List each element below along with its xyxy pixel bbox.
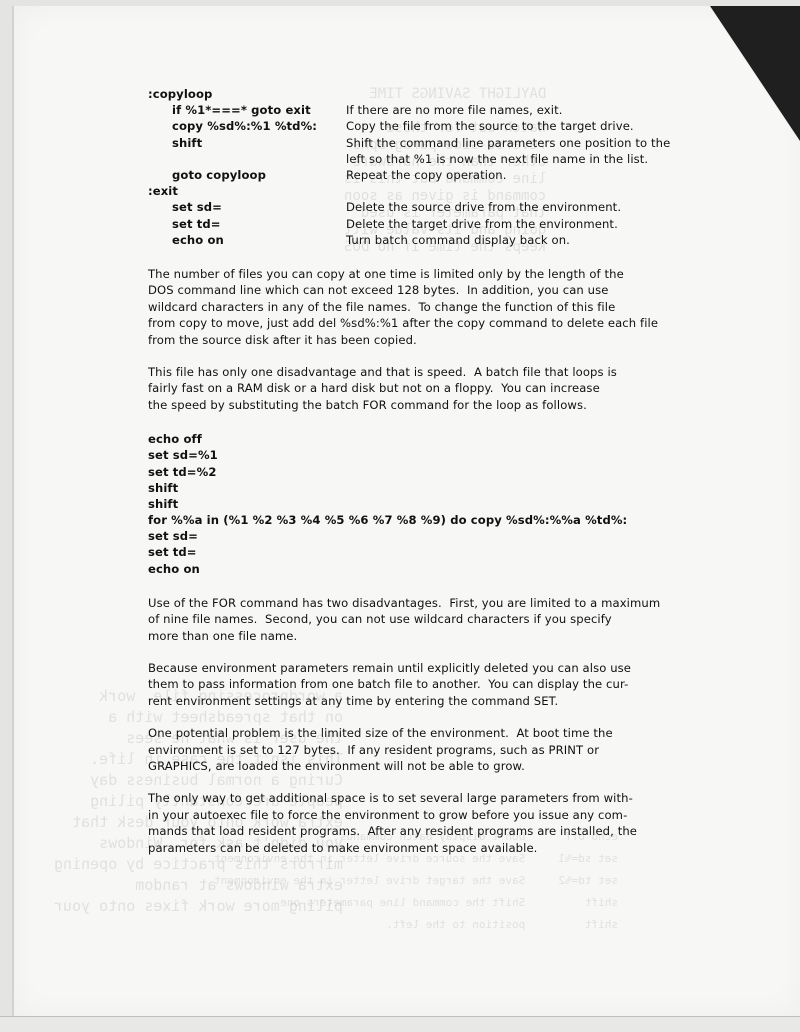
paragraph-line: The number of files you can copy at one … xyxy=(148,266,778,282)
label-line: :exit xyxy=(148,183,778,199)
command-description: If there are no more file names, exit. xyxy=(346,102,563,118)
batch-label: :copyloop xyxy=(148,86,212,102)
command-description: Shift the command line parameters one po… xyxy=(346,135,670,151)
code-line: if %1*===* goto exit If there are no mor… xyxy=(148,102,778,118)
paragraph-line: environment is set to 127 bytes. If any … xyxy=(148,742,778,758)
command-description: left so that %1 is now the next file nam… xyxy=(346,151,648,167)
code-line: shift xyxy=(148,496,778,512)
code-line: set sd= xyxy=(148,528,778,544)
paragraph-line: from copy to move, just add del %sd%:%1 … xyxy=(148,315,778,331)
paragraph-line: fairly fast on a RAM disk or a hard disk… xyxy=(148,380,778,396)
batch-command: echo on xyxy=(148,232,346,248)
paragraph-line: mands that load resident programs. After… xyxy=(148,823,778,839)
paragraph-line: from the source disk after it has been c… xyxy=(148,332,778,348)
document-body: :copyloop if %1*===* goto exit If there … xyxy=(148,86,778,856)
paragraph: Because environment parameters remain un… xyxy=(148,660,778,709)
code-line: shift xyxy=(148,480,778,496)
batch-command: set td= xyxy=(148,216,346,232)
paragraph-line: Because environment parameters remain un… xyxy=(148,660,778,676)
batch-command: set sd= xyxy=(148,199,346,215)
code-line: copy %sd%:%1 %td%: Copy the file from th… xyxy=(148,118,778,134)
page-bottom-edge xyxy=(0,1016,800,1032)
code-line: set td= xyxy=(148,544,778,560)
command-description: Delete the target drive from the environ… xyxy=(346,216,618,232)
command-description: Copy the file from the source to the tar… xyxy=(346,118,634,134)
paragraph-line: The only way to get additional space is … xyxy=(148,790,778,806)
batch-command: copy %sd%:%1 %td%: xyxy=(148,118,346,134)
code-line: for %%a in (%1 %2 %3 %4 %5 %6 %7 %8 %9) … xyxy=(148,512,778,528)
code-line: left so that %1 is now the next file nam… xyxy=(148,151,778,167)
batch-command xyxy=(148,151,346,167)
for-batch-listing: echo off set sd=%1 set td=%2 shift shift… xyxy=(148,431,778,577)
paragraph-line: the speed by substituting the batch FOR … xyxy=(148,397,778,413)
paragraph-line: rent environment settings at any time by… xyxy=(148,693,778,709)
command-description: Delete the source drive from the environ… xyxy=(346,199,621,215)
code-line: goto copyloop Repeat the copy operation. xyxy=(148,167,778,183)
paragraph: The number of files you can copy at one … xyxy=(148,266,778,348)
batch-label: :exit xyxy=(148,183,178,199)
code-line: set sd=%1 xyxy=(148,447,778,463)
label-line: :copyloop xyxy=(148,86,778,102)
paragraph-line: them to pass information from one batch … xyxy=(148,676,778,692)
code-line: echo on xyxy=(148,561,778,577)
paragraph: One potential problem is the limited siz… xyxy=(148,725,778,774)
code-line: echo on Turn batch command display back … xyxy=(148,232,778,248)
batch-command: goto copyloop xyxy=(148,167,346,183)
paragraph-line: Use of the FOR command has two disadvant… xyxy=(148,595,778,611)
paragraph: The only way to get additional space is … xyxy=(148,790,778,856)
paragraph-line: This file has only one disadvantage and … xyxy=(148,364,778,380)
paragraph: Use of the FOR command has two disadvant… xyxy=(148,595,778,644)
code-line: set sd= Delete the source drive from the… xyxy=(148,199,778,215)
command-description: Turn batch command display back on. xyxy=(346,232,570,248)
command-description: Repeat the copy operation. xyxy=(346,167,507,183)
copyloop-batch-listing: :copyloop if %1*===* goto exit If there … xyxy=(148,86,778,248)
batch-command: if %1*===* goto exit xyxy=(148,102,346,118)
code-line: set td=%2 xyxy=(148,464,778,480)
paragraph: This file has only one disadvantage and … xyxy=(148,364,778,413)
paragraph-line: parameters can be deleted to make enviro… xyxy=(148,840,778,856)
code-line: shift Shift the command line parameters … xyxy=(148,135,778,151)
paragraph-line: in your autoexec file to force the envir… xyxy=(148,807,778,823)
paragraph-line: DOS command line which can not exceed 12… xyxy=(148,282,778,298)
code-line: echo off xyxy=(148,431,778,447)
batch-command: shift xyxy=(148,135,346,151)
paragraph-line: One potential problem is the limited siz… xyxy=(148,725,778,741)
paragraph-line: GRAPHICS, are loaded the environment wil… xyxy=(148,758,778,774)
paragraph-line: wildcard characters in any of the file n… xyxy=(148,299,778,315)
paragraph-line: more than one file name. xyxy=(148,628,778,644)
code-line: set td= Delete the target drive from the… xyxy=(148,216,778,232)
paragraph-line: of nine file names. Second, you can not … xyxy=(148,611,778,627)
